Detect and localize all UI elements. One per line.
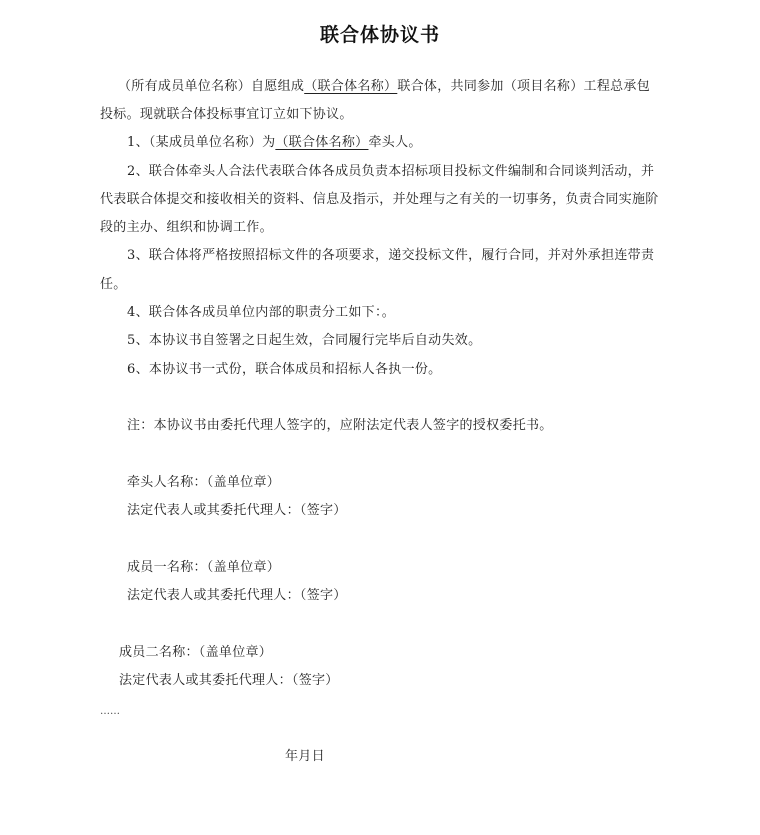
union-name-placeholder: （联合体名称） [304, 79, 397, 94]
intro-line-1: （所有成员单位名称）自愿组成（联合体名称）联合体，共同参加（项目名称）工程总承包 [118, 78, 650, 96]
clause-5: 5、本协议书自签署之日起生效，合同履行完毕后自动失效。 [127, 332, 481, 350]
intro-members-text: （所有成员单位名称）自愿组成 [118, 79, 304, 94]
member2-rep-label: 法定代表人或其委托代理人：（签字） [119, 672, 339, 690]
clause-1: 1、（某成员单位名称）为（联合体名称）牵头人。 [127, 134, 422, 152]
continuation-ellipsis: …… [100, 703, 120, 721]
intro-line-2: 投标。现就联合体投标事宜订立如下协议。 [100, 106, 353, 124]
document-title: 联合体协议书 [0, 20, 760, 47]
clause-1-suffix: 牵头人。 [368, 135, 421, 150]
member2-name-label: 成员二名称：（盖单位章） [119, 644, 272, 662]
intro-project-text: 联合体，共同参加（项目名称）工程总承包 [397, 79, 650, 94]
lead-name-label: 牵头人名称：（盖单位章） [127, 474, 280, 492]
clause-3-line-1: 3、联合体将严格按照招标文件的各项要求，递交投标文件，履行合同，并对外承担连带责 [127, 247, 654, 265]
clause-6: 6、本协议书一式份，联合体成员和招标人各执一份。 [127, 361, 441, 379]
clause-1-text: 1、（某成员单位名称）为 [127, 135, 275, 150]
clause-2-line-3: 段的主办、组织和协调工作。 [100, 219, 273, 237]
lead-rep-label: 法定代表人或其委托代理人：（签字） [127, 502, 347, 520]
clause-3-line-2: 任。 [100, 276, 127, 294]
clause-2-line-2: 代表联合体提交和接收相关的资料、信息及指示，并处理与之有关的一切事务，负责合同实… [100, 191, 659, 209]
clause-4: 4、联合体各成员单位内部的职责分工如下：。 [127, 304, 395, 322]
member1-name-label: 成员一名称：（盖单位章） [127, 559, 280, 577]
member1-rep-label: 法定代表人或其委托代理人：（签字） [127, 587, 347, 605]
document-page: 联合体协议书 （所有成员单位名称）自愿组成（联合体名称）联合体，共同参加（项目名… [0, 0, 760, 835]
union-name-placeholder: （联合体名称） [275, 135, 368, 150]
clause-2-line-1: 2、联合体牵头人合法代表联合体各成员负责本招标项目投标文件编制和合同谈判活动，并 [127, 163, 654, 181]
date-label: 年月日 [285, 748, 325, 766]
note-text: 注：本协议书由委托代理人签字的，应附法定代表人签字的授权委托书。 [127, 417, 553, 435]
